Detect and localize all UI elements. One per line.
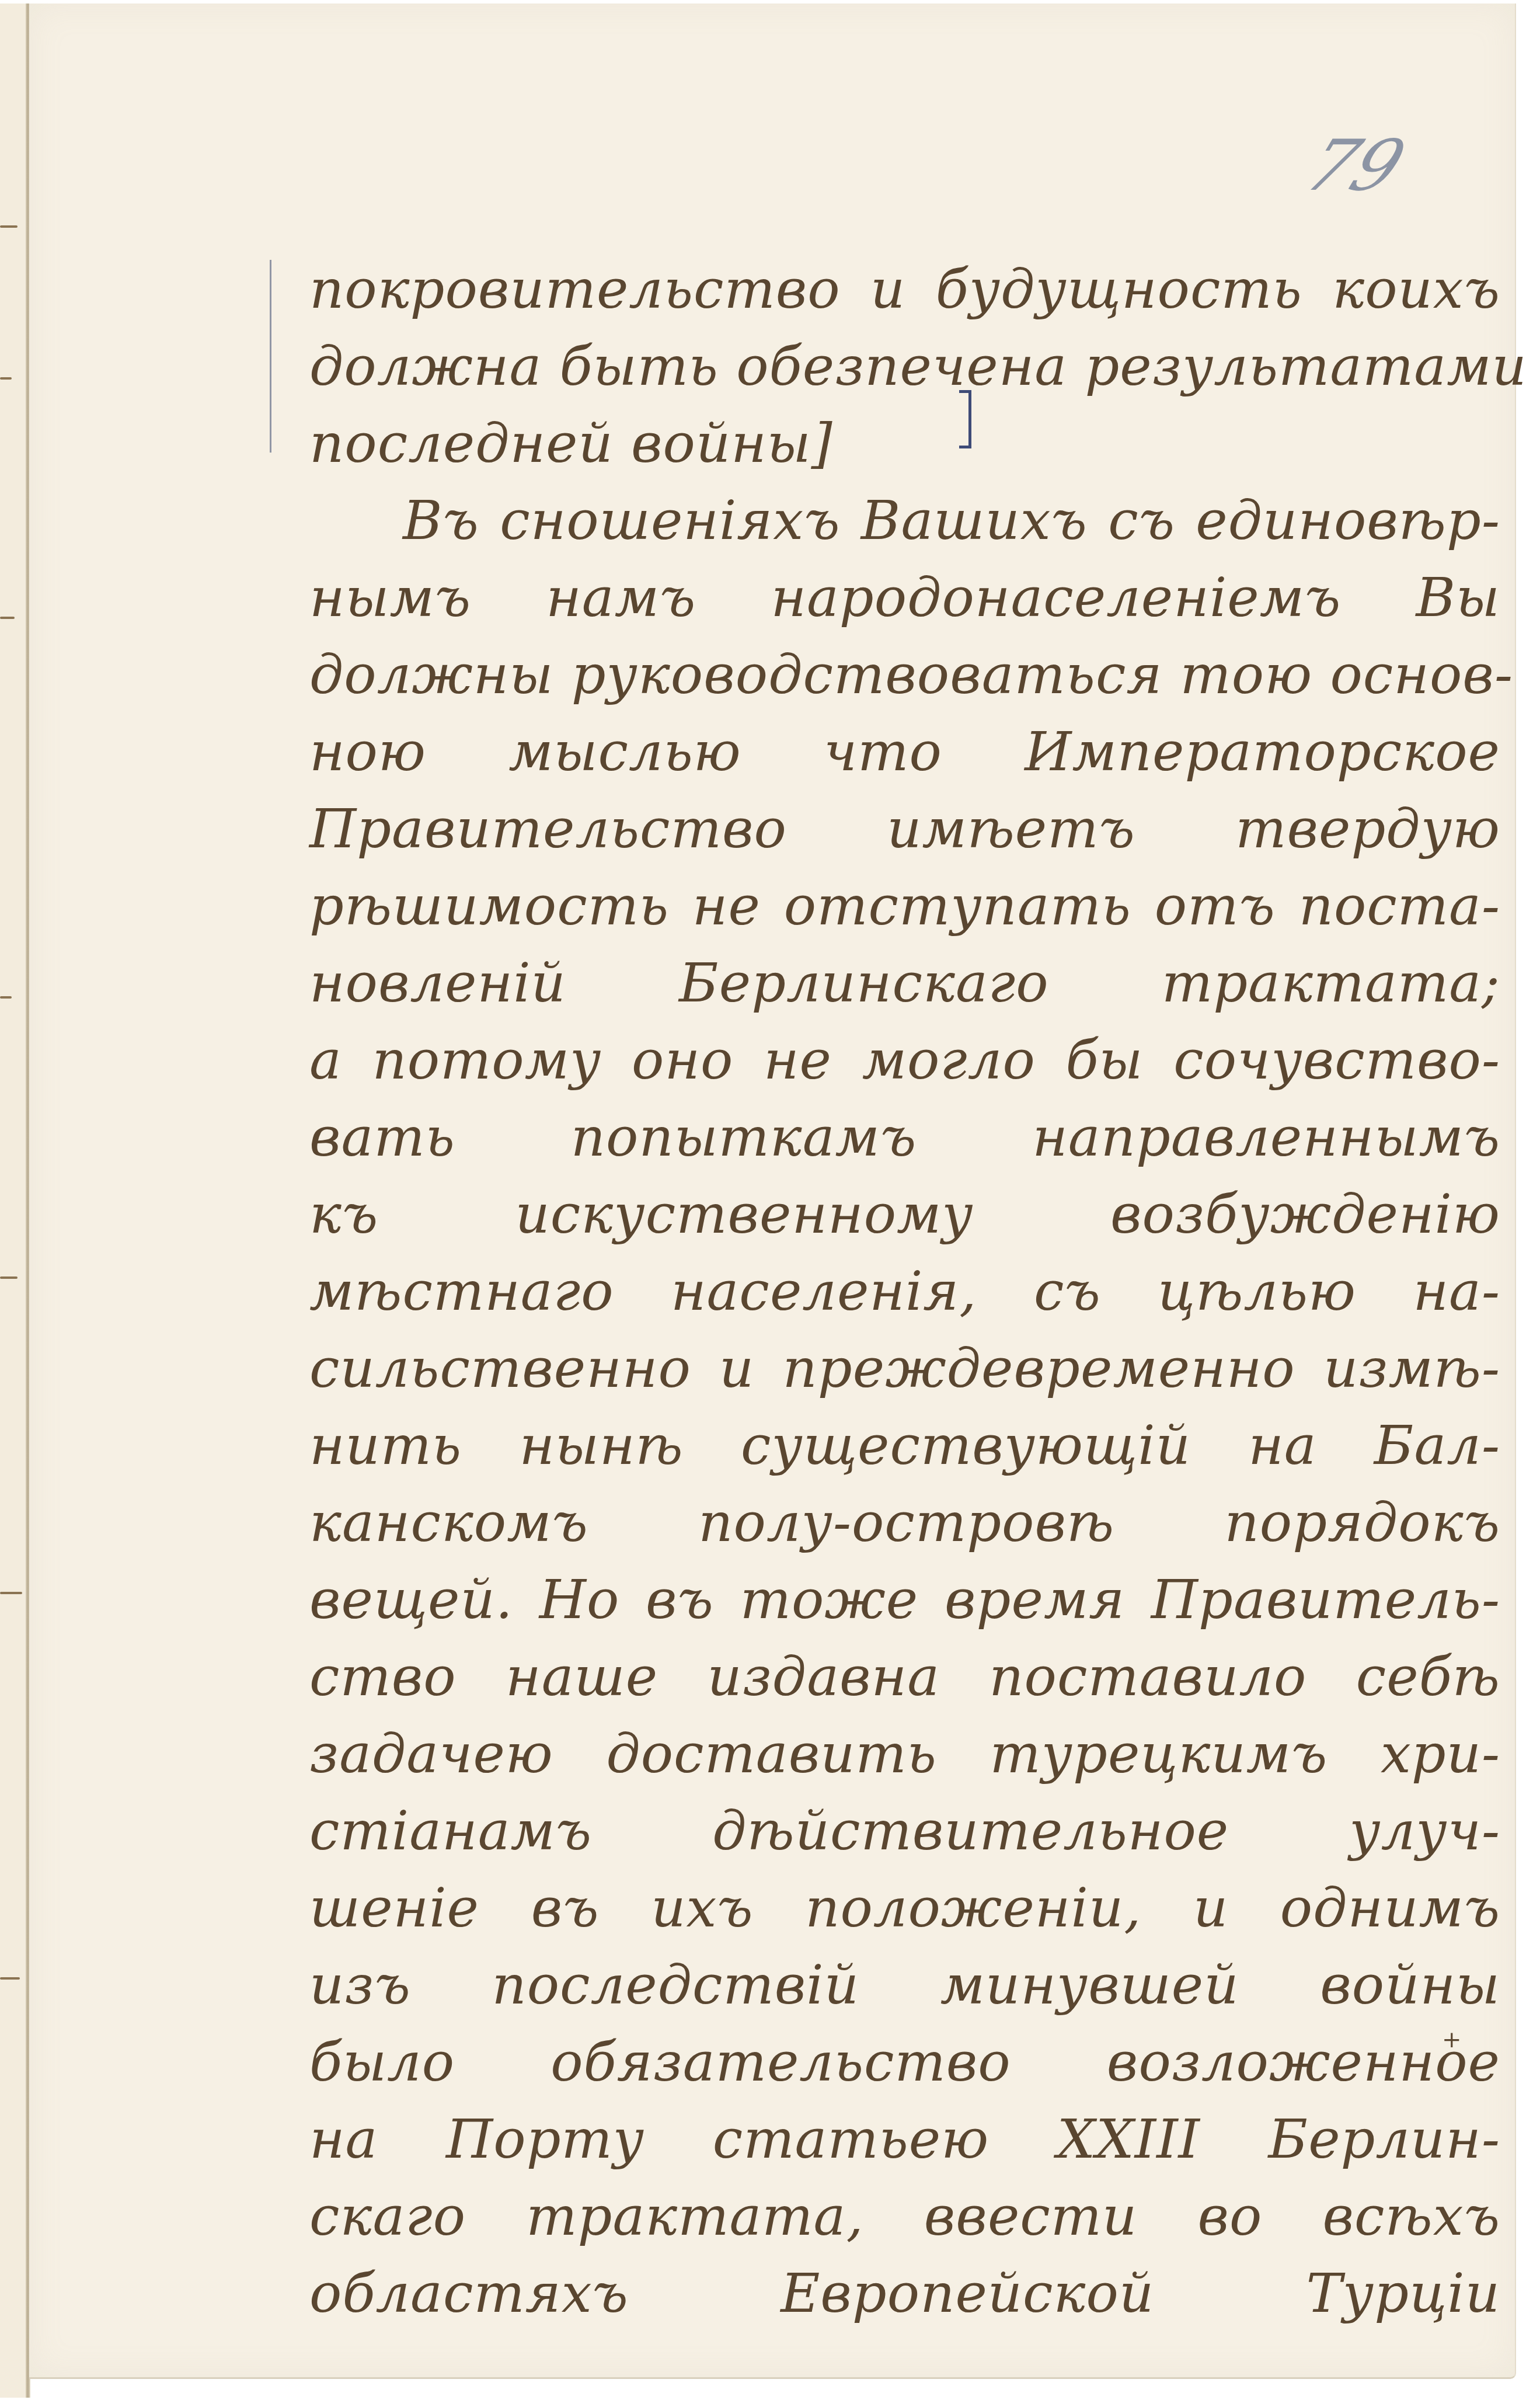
text-line: нить нынѣ существующій на Бал-: [309, 1407, 1500, 1484]
text-line: покровительство и будущность коихъ: [309, 251, 1500, 328]
text-line: шеніе въ ихъ положеніи, и однимъ: [309, 1870, 1500, 1947]
text-line: областяхъ Европейской Турціи: [309, 2255, 1500, 2332]
text-line: Правительство имѣетъ твердую: [309, 791, 1500, 868]
text-line: мѣстнаго населенія, съ цѣлью на-: [309, 1253, 1500, 1330]
text-line: новленій Берлинскаго трактата;: [309, 945, 1500, 1022]
end-mark: +: [1442, 2026, 1462, 2053]
text-line: последней войны]: [309, 405, 1500, 482]
text-line: ною мыслью что Императорское: [309, 714, 1500, 791]
facing-page-ink-stroke: [0, 377, 12, 380]
text-line: къ искуственному возбужденію: [309, 1176, 1500, 1253]
text-line: стіанамъ дѣйствительное улуч-: [309, 1793, 1500, 1870]
facing-page-ink-stroke: [0, 225, 18, 228]
facing-page-edge: [0, 4, 28, 2398]
facing-page-ink-stroke: [0, 996, 12, 999]
text-line: должна быть обезпечена результатами: [309, 328, 1500, 405]
text-line: изъ последствій минувшей войны: [309, 1947, 1500, 2024]
text-line: на Порту статьею XXIII Берлин-: [309, 2101, 1500, 2178]
text-line: должны руководствоваться тою основ-: [309, 636, 1500, 714]
text-line: вать попыткамъ направленнымъ: [309, 1099, 1500, 1176]
text-line: нымъ намъ народонаселеніемъ Вы: [309, 559, 1500, 636]
text-line: ство наше издавна поставило себѣ: [309, 1639, 1500, 1716]
facing-page-ink-stroke: [0, 1592, 22, 1594]
facing-page-ink-stroke: [0, 1276, 18, 1279]
text-line: Въ сношеніяхъ Вашихъ съ единовѣр-: [309, 482, 1500, 559]
text-line: рѣшимость не отступать отъ поста-: [309, 868, 1500, 945]
margin-pencil-line: [270, 260, 271, 453]
text-line: а потому оно не могло бы сочувство-: [309, 1022, 1500, 1099]
text-line: было обязательство возложенное: [309, 2024, 1500, 2101]
text-line: вещей. Но въ тоже время Правитель-: [309, 1561, 1500, 1639]
facing-page-ink-stroke: [0, 617, 15, 619]
facing-page-ink-stroke: [0, 1977, 20, 1980]
text-line: скаго трактата, ввести во всѣхъ: [309, 2178, 1500, 2255]
text-line: канскомъ полу-островѣ порядокъ: [309, 1484, 1500, 1561]
manuscript-text: покровительство и будущность коихъ должн…: [309, 251, 1500, 2332]
text-line: задачею доставить турецкимъ хри-: [309, 1716, 1500, 1793]
text-line: сильственно и преждевременно измѣ-: [309, 1330, 1500, 1407]
